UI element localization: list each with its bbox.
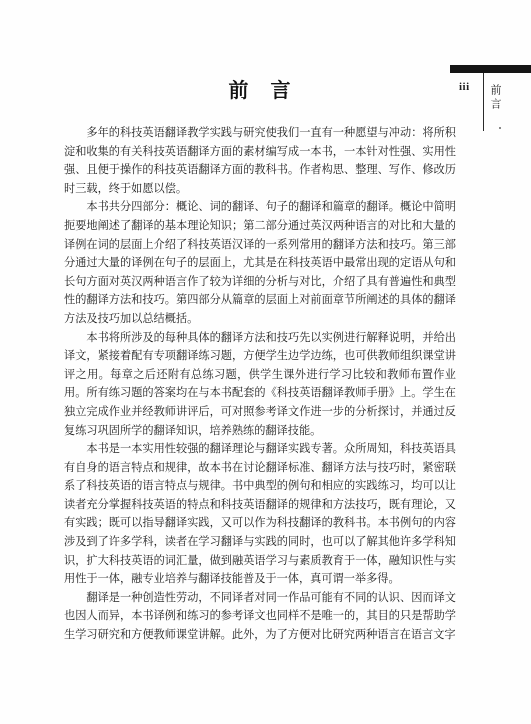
margin-vertical-rule: [483, 73, 484, 131]
paragraph-3: 本书将所涉及的每种具体的翻译方法和技巧先以实例进行解释说明，并给出译文，紧接着配…: [64, 329, 456, 441]
header-rule-bar: [450, 65, 531, 73]
paragraph-4: 本书是一本实用性较强的翻译理论与翻译实践专著。众所周知，科技英语具有自身的语言特…: [64, 440, 456, 589]
page-title: 前 言: [64, 74, 456, 103]
paragraph-5: 翻译是一种创造性劳动，不同译者对同一作品可能有不同的认识、因而译文也因人而异，本…: [64, 589, 456, 645]
paragraph-1: 多年的科技英语翻译教学实践与研究使我们一直有一种愿望与冲动：将所积淀和收集的有关…: [64, 124, 456, 198]
scan-speck: [499, 127, 501, 129]
preface-body: 多年的科技英语翻译教学实践与研究使我们一直有一种愿望与冲动：将所积淀和收集的有关…: [64, 124, 456, 645]
scanned-book-page: 前 言 iii 前言 多年的科技英语翻译教学实践与研究使我们一直有一种愿望与冲动…: [0, 0, 531, 724]
page-number: iii: [459, 81, 470, 93]
running-title: 前言: [487, 84, 503, 112]
paragraph-2: 本书共分四部分：概论、词的翻译、句子的翻译和篇章的翻译。概论中简明扼要地阐述了翻…: [64, 198, 456, 328]
